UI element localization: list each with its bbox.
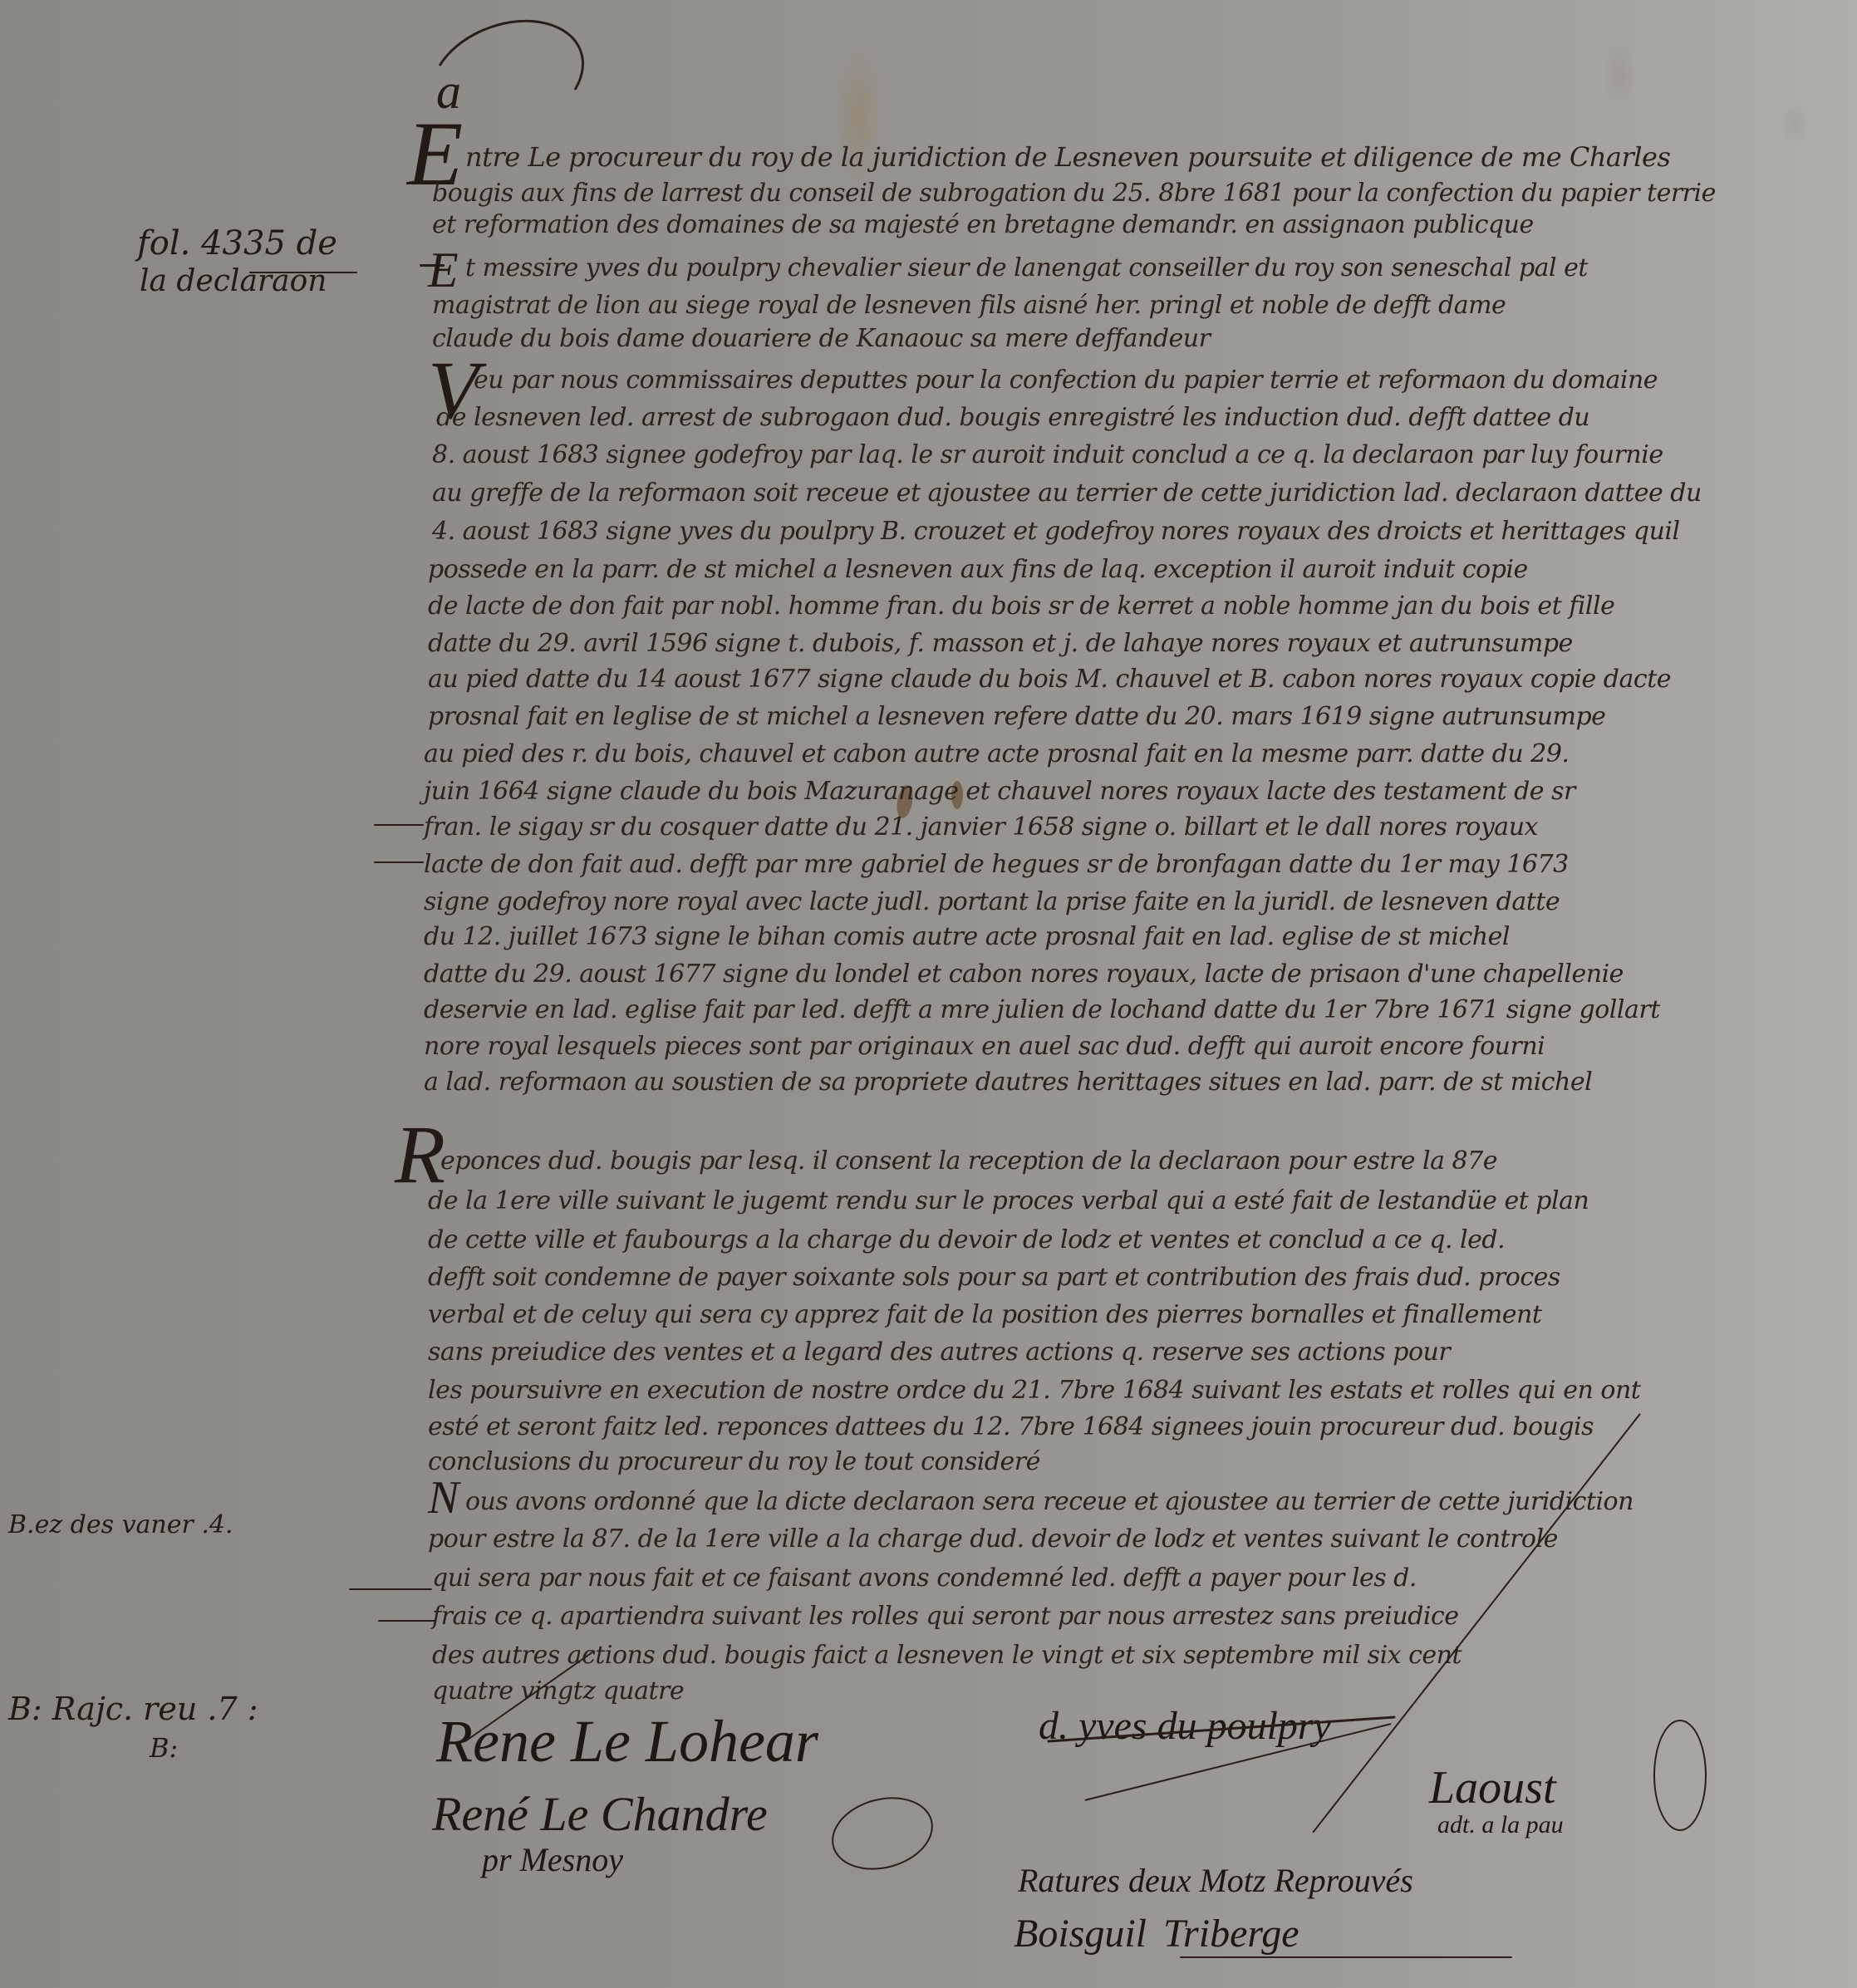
underline xyxy=(249,272,357,273)
reponces-line-9: conclusions du procureur du roy le tout … xyxy=(428,1447,1040,1476)
signature-laoust-sub: adt. a la pau xyxy=(1437,1811,1564,1839)
reponces-line-6: sans preiudice des ventes et a legard de… xyxy=(428,1338,1450,1367)
initial-et: E xyxy=(428,245,459,295)
veu-line-5: 4. aoust 1683 signe yves du poulpry B. c… xyxy=(432,517,1680,546)
signature-rene-le-chandre-sub: pr Mesnoy xyxy=(482,1840,623,1879)
margin-dash xyxy=(349,1588,432,1590)
signature-triberge: Triberge xyxy=(1163,1911,1299,1956)
entre-line-2: bougis aux fins de larrest du conseil de… xyxy=(432,179,1716,208)
veu-line-9: au pied datte du 14 aoust 1677 signe cla… xyxy=(428,665,1671,694)
folio-reference: fol. 4335 de xyxy=(137,224,337,263)
veu-line-10: prosnal fait en leglise de st michel a l… xyxy=(428,702,1605,731)
nous-line-1: ous avons ordonné que la dicte declaraon… xyxy=(465,1487,1633,1516)
signature-struck: d. yves du poulpry xyxy=(1039,1703,1331,1749)
et-line-2: magistrat de lion au siege royal de lesn… xyxy=(432,291,1506,320)
veu-line-19: nore royal lesquels pieces sont par orig… xyxy=(424,1032,1545,1061)
veu-line-6: possede en la parr. de st michel a lesne… xyxy=(428,555,1528,584)
margin-dash xyxy=(374,861,424,863)
entre-line-3: et reformation des domaines de sa majest… xyxy=(432,210,1534,239)
veu-line-13: fran. le sigay sr du cosquer datte du 21… xyxy=(424,812,1538,842)
fee-note-2-mark: B: xyxy=(150,1732,178,1764)
reponces-line-3: de cette ville et faubourgs a la charge … xyxy=(428,1225,1505,1254)
veu-line-15: signe godefroy nore royal avec lacte jud… xyxy=(424,887,1560,916)
nous-line-3: qui sera par nous fait et ce faisant avo… xyxy=(432,1563,1417,1593)
fee-note-1: B.ez des vaner .4. xyxy=(8,1510,233,1539)
margin-dash xyxy=(378,1620,436,1622)
signature-boisguil: Boisguil xyxy=(1014,1911,1147,1956)
veu-line-2: de lesneven led. arrest de subrogaon dud… xyxy=(436,403,1589,432)
initial-reponces: R xyxy=(395,1113,445,1196)
veu-line-7: de lacte de don fait par nobl. homme fra… xyxy=(428,591,1614,621)
veu-line-14: lacte de don fait aud. defft par mre gab… xyxy=(424,850,1569,879)
reponces-line-8: esté et seront faitz led. reponces datte… xyxy=(428,1412,1594,1441)
et-line-3: claude du bois dame douariere de Kanaouc… xyxy=(432,324,1210,353)
nous-line-2: pour estre la 87. de la 1ere ville a la … xyxy=(428,1524,1558,1554)
veu-line-16: du 12. juillet 1673 signe le bihan comis… xyxy=(424,922,1510,951)
margin-dash xyxy=(374,824,424,826)
initial-nous: N xyxy=(428,1475,459,1521)
reponces-line-2: de la 1ere ville suivant le jugemt rendu… xyxy=(428,1186,1589,1215)
veu-line-8: datte du 29. avril 1596 signe t. dubois,… xyxy=(428,629,1573,658)
nous-line-6: quatre vingtz quatre xyxy=(432,1676,684,1706)
folio-reference-line2: la declaraon xyxy=(140,264,327,298)
fee-note-2: B: Rajc. reu .7 : xyxy=(8,1691,258,1727)
nous-line-4: frais ce q. apartiendra suivant les roll… xyxy=(432,1602,1459,1631)
signature-paraph-icon xyxy=(823,1786,941,1880)
signature-rene-le-chandre: René Le Chandre xyxy=(432,1786,768,1842)
veu-line-18: deservie en lad. eglise fait par led. de… xyxy=(424,995,1660,1024)
veu-line-20: a lad. reformaon au soustien de sa propr… xyxy=(424,1068,1592,1097)
veu-line-3: 8. aoust 1683 signee godefroy par laq. l… xyxy=(432,440,1663,469)
entre-line-1: ntre Le procureur du roy de la juridicti… xyxy=(465,141,1670,173)
veu-line-11: au pied des r. du bois, chauvel et cabon… xyxy=(424,739,1569,768)
signature-laoust: Laoust xyxy=(1429,1761,1556,1814)
erasure-note: Ratures deux Motz Reprouvés xyxy=(1018,1861,1413,1900)
veu-line-4: au greffe de la reformaon soit receue et… xyxy=(432,479,1702,508)
veu-line-1: eu par nous commissaires deputtes pour l… xyxy=(474,366,1658,395)
reponces-line-7: les poursuivre en execution de nostre or… xyxy=(428,1376,1640,1405)
veu-line-17: datte du 29. aoust 1677 signe du londel … xyxy=(424,960,1624,989)
signature-rene-le-lohear: Rene Le Lohear xyxy=(436,1707,818,1776)
et-line-1: t messire yves du poulpry chevalier sieu… xyxy=(465,253,1588,282)
reponces-line-5: verbal et de celuy qui sera cy apprez fa… xyxy=(428,1300,1541,1329)
reponces-line-4: defft soit condemne de payer soixante so… xyxy=(428,1263,1560,1292)
underline xyxy=(1180,1956,1512,1958)
signature-paraph-icon xyxy=(1653,1720,1707,1831)
veu-line-12: juin 1664 signe claude du bois Mazuranag… xyxy=(424,777,1575,806)
reponces-line-1: eponces dud. bougis par lesq. il consent… xyxy=(440,1146,1497,1176)
